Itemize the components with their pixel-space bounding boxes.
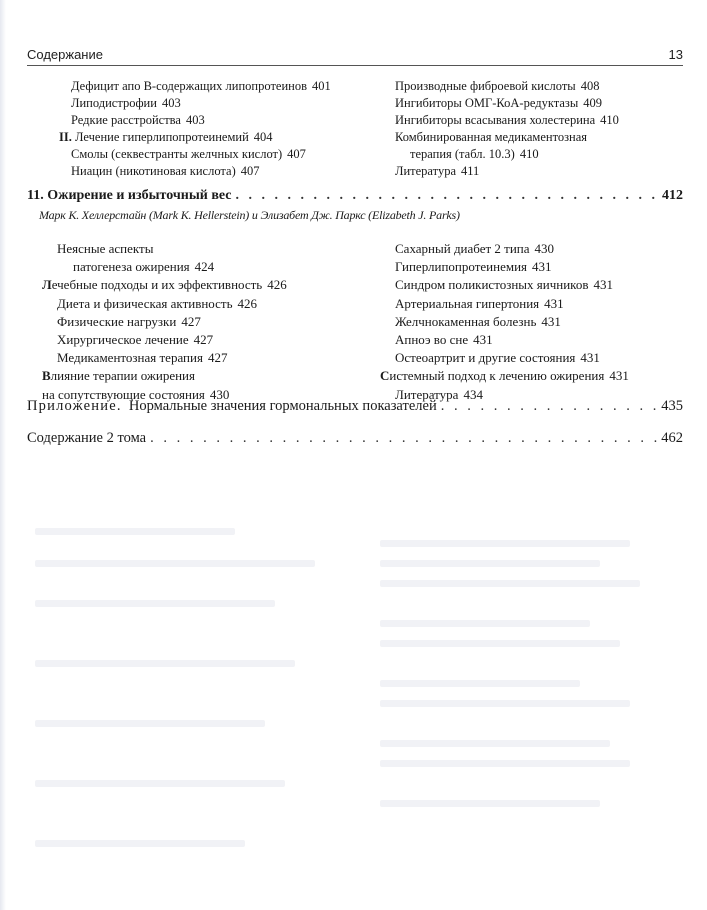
appendix-title: Нормальные значения гормональных показат… xyxy=(129,398,437,414)
toc-entry[interactable]: Диета и физическая активность426 xyxy=(27,295,287,313)
toc-entry[interactable]: Комбинированная медикаментозная xyxy=(395,129,619,146)
toc-entry[interactable]: Артериальная гипертония431 xyxy=(380,295,629,313)
toc-entry[interactable]: Ингибиторы ОМГ-КоА-редуктазы409 xyxy=(395,95,619,112)
toc-volume2[interactable]: Содержание 2 тома 462 xyxy=(27,430,683,447)
toc-entry-continuation[interactable]: терапия (табл. 10.3)410 xyxy=(395,146,619,163)
toc-entry[interactable]: Хирургическое лечение427 xyxy=(27,331,287,349)
toc-entry[interactable]: Медикаментозная терапия427 xyxy=(27,349,287,367)
toc-top-left-column: Дефицит апо В-содержащих липопротеинов40… xyxy=(27,78,331,180)
toc-entry[interactable]: Редкие расстройства403 xyxy=(27,112,331,129)
dot-leader xyxy=(150,430,657,447)
toc-entry[interactable]: Синдром поликистозных яичников431 xyxy=(380,276,629,294)
toc-entry[interactable]: Производные фиброевой кислоты408 xyxy=(395,78,619,95)
toc-appendix[interactable]: Приложение. Нормальные значения гормонал… xyxy=(27,398,683,415)
chapter-heading[interactable]: 11. Ожирение и избыточный вес 412 xyxy=(27,188,683,204)
toc-entry-section[interactable]: Влияние терапии ожирения xyxy=(27,367,287,385)
toc-chapter-right-column: Сахарный диабет 2 типа430 Гиперлипопроте… xyxy=(380,240,629,404)
dot-leader xyxy=(236,188,659,204)
volume2-title: Содержание 2 тома xyxy=(27,430,146,447)
chapter-title: 11. Ожирение и избыточный вес xyxy=(27,188,232,204)
toc-entry[interactable]: Ингибиторы всасывания холестерина410 xyxy=(395,112,619,129)
toc-top-right-column: Производные фиброевой кислоты408 Ингибит… xyxy=(395,78,619,180)
toc-entry-section[interactable]: Лечебные подходы и их эффективность426 xyxy=(27,276,287,294)
appendix-label: Приложение. xyxy=(27,398,122,414)
toc-entry[interactable]: Ниацин (никотиновая кислота)407 xyxy=(27,163,331,180)
running-header: Содержание 13 xyxy=(27,47,683,66)
toc-entry-section[interactable]: II. Лечение гиперлипопротеинемий404 xyxy=(27,129,331,146)
volume2-page: 462 xyxy=(661,430,683,447)
toc-entry[interactable]: Неясные аспекты xyxy=(27,240,287,258)
page-edge-shadow xyxy=(0,0,6,910)
toc-entry[interactable]: Липодистрофии403 xyxy=(27,95,331,112)
toc-entry[interactable]: Сахарный диабет 2 типа430 xyxy=(380,240,629,258)
running-header-title: Содержание xyxy=(27,47,103,62)
toc-entry[interactable]: Желчнокаменная болезнь431 xyxy=(380,313,629,331)
toc-entry[interactable]: Апноэ во сне431 xyxy=(380,331,629,349)
dot-leader xyxy=(441,398,658,415)
toc-entry[interactable]: Дефицит апо В-содержащих липопротеинов40… xyxy=(27,78,331,95)
toc-entry[interactable]: Остеоартрит и другие состояния431 xyxy=(380,349,629,367)
toc-chapter-left-column: Неясные аспекты патогенеза ожирения424 Л… xyxy=(27,240,287,404)
toc-entry[interactable]: Физические нагрузки427 xyxy=(27,313,287,331)
appendix-page: 435 xyxy=(661,398,683,415)
toc-entry[interactable]: Смолы (секвестранты желчных кислот)407 xyxy=(27,146,331,163)
toc-entry[interactable]: Гиперлипопротеинемия431 xyxy=(380,258,629,276)
toc-entry-continuation[interactable]: патогенеза ожирения424 xyxy=(27,258,287,276)
toc-entry[interactable]: Литература411 xyxy=(395,163,619,180)
chapter-page: 412 xyxy=(662,188,683,204)
page-number: 13 xyxy=(669,47,683,62)
toc-entry-section[interactable]: Системный подход к лечению ожирения431 xyxy=(380,367,629,385)
chapter-authors: Марк К. Хеллерстайн (Mark K. Hellerstein… xyxy=(39,208,460,223)
